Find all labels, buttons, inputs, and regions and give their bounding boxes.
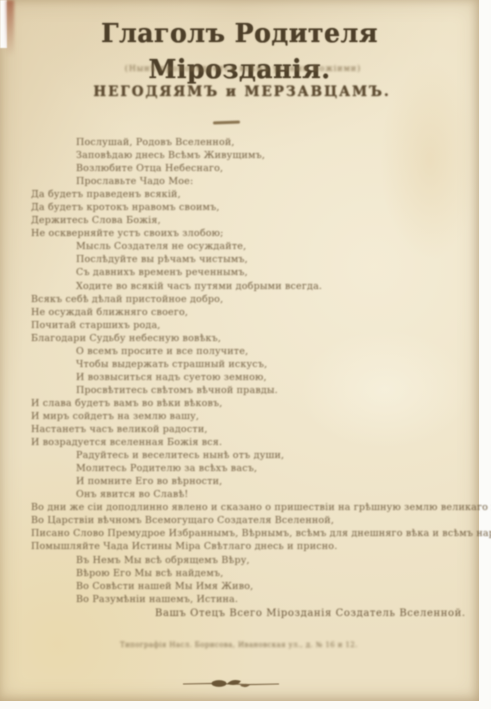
poem-line: Да будетъ праведенъ всякій, — [31, 188, 479, 201]
page-title: Глаголъ Родителя Мірозданія. — [7, 16, 472, 88]
poem-line: Онъ явится во Славѣ! — [76, 488, 479, 501]
imprint-line: Типографія Насл. Борисова, Ивановская ул… — [120, 641, 358, 649]
poem-line: Помышляйте Чада Истины Міра Свѣтлаго дне… — [31, 540, 479, 553]
bottom-flourish-ornament — [183, 676, 279, 690]
poem-line: Молитесь Родителю за всѣхъ васъ, — [76, 462, 479, 475]
dedication-line: НЕГОДЯЯМЪ и МЕРЗАВЦАМЪ. — [0, 84, 484, 100]
stanza-7: Радуйтесь и веселитесь нынѣ отъ души,Мол… — [76, 449, 479, 501]
poem-line: И возрадуется вселенная Божія вся. — [31, 436, 479, 449]
poem-line: Да будетъ кротокъ нравомъ своимъ, — [31, 201, 479, 214]
poem-line: О всемъ просите и все получите, — [76, 345, 479, 358]
poem-line: Во Разумѣніи нашемъ, Истина. — [76, 593, 479, 606]
stanza-2: Да будетъ праведенъ всякій,Да будетъ кро… — [31, 188, 479, 240]
poem-line: Во дни же сіи доподлинно явлено и сказан… — [31, 501, 479, 514]
stanza-1: Послушай, Родовъ Вселенной,Заповѣдаю дне… — [76, 136, 479, 188]
poem-line: Заповѣдаю днесь Всѣмъ Живущимъ, — [76, 149, 479, 162]
poem-line: Послушай, Родовъ Вселенной, — [76, 136, 479, 149]
poem-line: Вѣрою Его Мы всѣ найдемъ, — [76, 567, 479, 580]
poem-line: Просвѣтитесь свѣтомъ вѣчной правды. — [76, 384, 479, 397]
poem-line: Держитесь Слова Божія, — [31, 214, 479, 227]
poem-line: Ходите во всякій часъ путями добрыми все… — [76, 280, 479, 293]
poem-line: Чтобы выдержать страшный искусъ, — [76, 358, 479, 371]
poem-line: Прославьте Чадо Мое: — [76, 175, 479, 188]
poem-line: И помните Его во вѣрности, — [76, 475, 479, 488]
poem-line: Въ Немъ Мы всѣ обрящемъ Вѣру, — [76, 554, 479, 567]
poem-line: Не осуждай ближняго своего, — [31, 306, 479, 319]
poem-line: Радуйтесь и веселитесь нынѣ отъ души, — [76, 449, 479, 462]
poem-line: Возлюбите Отца Небеснаго, — [76, 162, 479, 175]
poem-line: Во Царствіи вѣчномъ Всемогущаго Создател… — [31, 514, 479, 527]
stanza-9: Въ Немъ Мы всѣ обрящемъ Вѣру,Вѣрою Его М… — [76, 554, 479, 606]
poem-line: Мысль Создателя не осуждайте, — [76, 240, 479, 253]
poem-line: Не оскверняйте устъ своихъ злобою; — [31, 227, 479, 240]
poem-line: Настанетъ часъ великой радости, — [31, 423, 479, 436]
poem-line: Писано Слово Премудрое Избраннымъ, Вѣрны… — [31, 527, 479, 540]
signature-line: Вашъ Отецъ Всего Мірозданія Создатель Вс… — [155, 608, 466, 619]
poem-line: Во Совѣсти нашей Мы Имя Живо, — [76, 580, 479, 593]
poem-line: Благодари Судьбу небесную вовѣкъ, — [31, 332, 479, 345]
poem-line: Съ давнихъ временъ реченнымъ, — [76, 266, 479, 279]
stanza-3: Мысль Создателя не осуждайте,Послѣдуйте … — [76, 240, 479, 292]
stanza-6: И слава будетъ вамъ во вѣки вѣковъ,И мир… — [31, 397, 479, 449]
poem-line: Послѣдуйте вы рѣчамъ чистымъ, — [76, 253, 479, 266]
poem-line: И слава будетъ вамъ во вѣки вѣковъ, — [31, 397, 479, 410]
poem-line: И возвыситься надъ суетою земною, — [76, 371, 479, 384]
subtitle-note: (Нынѣ проповѣдуется всѣмъ устами Божіими… — [0, 64, 486, 73]
stanza-8: Во дни же сіи доподлинно явлено и сказан… — [31, 501, 479, 553]
poem-line: И миръ сойдетъ на землю вашу, — [31, 410, 479, 423]
stanza-4: Всякъ себѣ дѣлай пристойное добро,Не осу… — [31, 293, 479, 345]
poem-line: Почитай старшихъ рода, — [31, 319, 479, 332]
poem-line: Всякъ себѣ дѣлай пристойное добро, — [31, 293, 479, 306]
stanza-5: О всемъ просите и все получите,Чтобы выд… — [76, 345, 479, 397]
scanned-document: Глаголъ Родителя Мірозданія. (Нынѣ пропо… — [0, 0, 491, 709]
poem-body: Послушай, Родовъ Вселенной,Заповѣдаю дне… — [31, 136, 479, 606]
